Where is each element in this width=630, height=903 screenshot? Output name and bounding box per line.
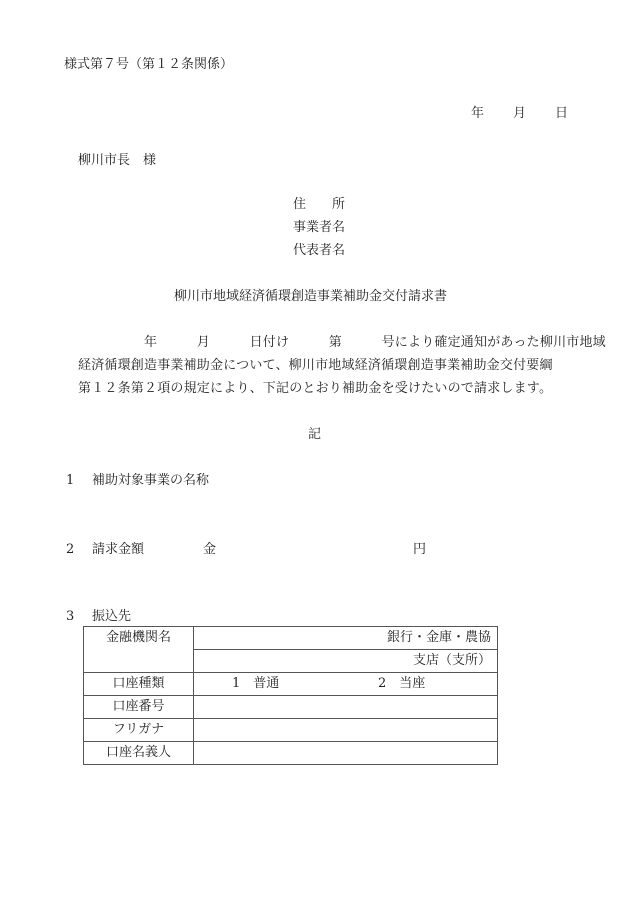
- table-row-furigana: フリガナ: [84, 719, 498, 742]
- document-title: 柳川市地域経済循環創造事業補助金交付請求書: [174, 289, 447, 305]
- furigana-field[interactable]: [194, 719, 498, 742]
- date-year: 年: [471, 106, 484, 122]
- form-number: 様式第７号（第１２条関係）: [64, 57, 233, 73]
- account-number-field[interactable]: [194, 696, 498, 719]
- date-month: 月: [513, 106, 526, 122]
- item-1-number: 1: [66, 473, 74, 489]
- furigana-label: フリガナ: [84, 719, 194, 742]
- table-row-account-number: 口座番号: [84, 696, 498, 719]
- account-type-field[interactable]: 1 普通2 当座: [194, 673, 498, 696]
- item-3-label: 振込先: [92, 609, 131, 625]
- account-number-label: 口座番号: [84, 696, 194, 719]
- date-day: 日: [555, 106, 568, 122]
- bank-name-label: 金融機関名: [84, 627, 194, 673]
- item-1-label: 補助対象事業の名称: [92, 473, 209, 489]
- applicant-representative-label: 代表者名: [293, 243, 345, 259]
- amount-prefix: 金: [203, 542, 216, 558]
- branch-field[interactable]: 支店（支所）: [194, 650, 498, 673]
- account-holder-label: 口座名義人: [84, 742, 194, 765]
- item-2-label: 請求金額: [92, 542, 144, 558]
- account-holder-field[interactable]: [194, 742, 498, 765]
- table-row-bank-name: 金融機関名 銀行・金庫・農協: [84, 627, 498, 650]
- amount-suffix: 円: [413, 542, 426, 558]
- account-type-ordinary[interactable]: 1 普通: [200, 676, 378, 692]
- account-type-current[interactable]: 2 当座: [378, 676, 425, 692]
- bank-transfer-table: 金融機関名 銀行・金庫・農協 支店（支所） 口座種類 1 普通2 当座 口座番号…: [83, 626, 498, 765]
- applicant-address-label: 住 所: [293, 197, 345, 213]
- table-row-account-type: 口座種類 1 普通2 当座: [84, 673, 498, 696]
- bank-name-field[interactable]: 銀行・金庫・農協: [194, 627, 498, 650]
- addressee: 柳川市長 様: [78, 153, 156, 169]
- applicant-business-name-label: 事業者名: [293, 220, 345, 236]
- body-line-2: 経済循環創造事業補助金について、柳川市地域経済循環創造事業補助金交付要綱: [78, 358, 553, 374]
- ki-heading: 記: [308, 427, 321, 443]
- body-line-1: 年 月 日付け 第 号により確定通知があった柳川市地域: [78, 335, 606, 351]
- body-line-3: 第１２条第２項の規定により、下記のとおり補助金を受けたいので請求します。: [78, 381, 552, 397]
- item-2-number: 2: [66, 542, 74, 558]
- item-3-number: 3: [66, 609, 74, 625]
- table-row-account-holder: 口座名義人: [84, 742, 498, 765]
- account-type-label: 口座種類: [84, 673, 194, 696]
